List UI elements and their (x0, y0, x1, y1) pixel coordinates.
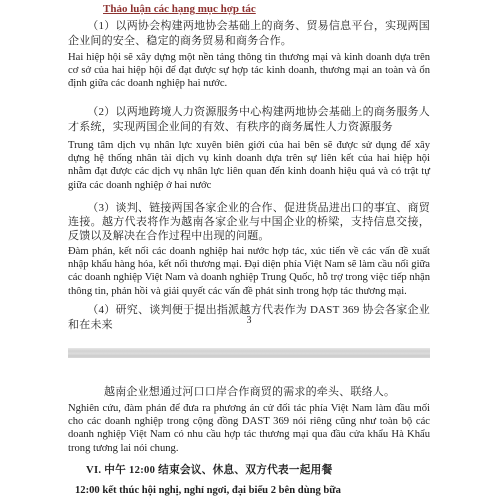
paragraph-3-vi: Đàm phán, kết nối các doanh nghiệp hai n… (68, 245, 430, 298)
section-heading-vi: 12:00 kết thúc hội nghị, nghỉ ngơi, đại … (75, 484, 430, 497)
paragraph-2-zh: （2）以两地跨境人力资源服务中心构建两地协会基础上的商务服务人才系统，实现两国企… (68, 105, 430, 134)
paragraph-5-vi: Nghiên cứu, đàm phán để đưa ra phương án… (68, 402, 430, 455)
paragraph-2-vi: Trung tâm dịch vụ nhân lực xuyên biên gi… (68, 139, 430, 192)
paragraph-3-zh: （3）谈判、链接两国各家企业的合作、促进货品进出口的事宜、商贸连接。越方代表将作… (68, 202, 430, 243)
paragraph-1-vi: Hai hiệp hội sẽ xây dựng một nền tảng th… (68, 51, 430, 91)
page-break-separator (68, 348, 430, 358)
section-heading-zh: VI. 中午 12:00 结束会议、休息、双方代表一起用餐 (86, 464, 430, 479)
paragraph-1-zh: （1）以两协会构建两地协会基础上的商务、贸易信息平台，实现两国企业间的安全、稳定… (68, 19, 430, 48)
document-section-title: Thảo luận các hạng mục hợp tác (103, 3, 443, 15)
paragraph-5-zh: 越南企业想通过河口口岸合作商贸的需求的牵头、联络人。 (68, 385, 430, 400)
document-page-view: Thảo luận các hạng mục hợp tác （1）以两协会构建… (0, 0, 500, 500)
page-number: 3 (68, 315, 430, 326)
